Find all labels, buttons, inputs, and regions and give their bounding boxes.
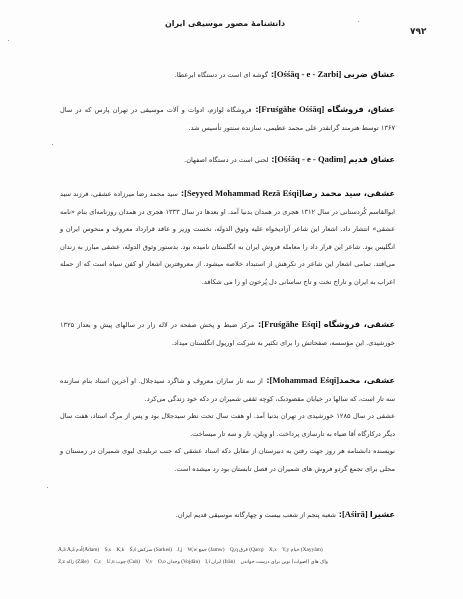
legend-item: Ā,ā Ā,ā آدم(Ādam) [58, 547, 99, 553]
entry-transliteration: [Mohammad Eśqi] [270, 375, 340, 385]
entry-term: عشاق قدیم [348, 154, 395, 164]
entry-paragraph: عشاق ضربی [Ośśāq - e - Zarbi]: گوشه ای ا… [60, 66, 395, 85]
legend-item: C,c [94, 559, 101, 565]
entry-term: عشقی، محمد [339, 375, 395, 385]
document-page: دانشنامهٔ مصور موسیقی ایران ۷۹۲ عشاق ضرب… [0, 0, 463, 599]
entry-term: عشیرا [370, 509, 395, 519]
entry-definition: لحنی است در دستگاه اصفهان. [184, 156, 268, 164]
entry-eshghi-store: عشقی، فروشگاه [Fruśgāhe Eśqi]: مرکز ضبط … [60, 316, 395, 352]
entry-term: عشاق، فروشگاه [327, 104, 395, 114]
entry-paragraph: عشاق، فروشگاه [Fruśgāhe Ośśāq]: فروشگاه … [60, 101, 395, 137]
entry-paragraph: عشیرا [Aśirā]: شعبه پنجم از شعب بیست و چ… [60, 506, 395, 525]
entry-mirzadeh-eshghi: عشقی، سید محمد رضا[Seyyed Mohammad Rezā … [60, 185, 395, 291]
entry-transliteration: [Fruśgāhe Eśqi] [261, 319, 320, 329]
scan-speck [358, 21, 359, 22]
page-number: ۷۹۲ [410, 27, 426, 37]
entry-ossaq-qadim: عشاق قدیم [Ośśāq - e - Qadim]: لحنی است … [60, 151, 395, 170]
legend-item: I,i ایران (Irān) [205, 559, 235, 565]
entry-paragraph: عشاق قدیم [Ośśāq - e - Qadim]: لحنی است … [60, 151, 395, 170]
entry-paragraph: عشقی، فروشگاه [Fruśgāhe Eśqi]: مرکز ضبط … [60, 316, 395, 352]
legend-item: X,x [269, 547, 277, 553]
entry-paragraph: عشقی، سید محمد رضا[Seyyed Mohammad Rezā … [60, 185, 395, 291]
legend-row-2: Z,z زاله (Zāle) C,c U,u چوب (Cub) V,v O,… [58, 557, 393, 569]
entry-transliteration: [Fruśgāhe Ośśāq] [259, 104, 325, 114]
legend-item: V,v [145, 559, 152, 565]
legend-item: K,k [116, 547, 124, 553]
entry-mohammad-eshghi: عشقی، محمد[Mohammad Eśqi]: از سه تار ساز… [60, 372, 395, 478]
scan-speck [8, 40, 9, 41]
legend-item: Ś,ś سرکش (Sarkeś) [130, 547, 172, 553]
legend-item: O,o وجدان (Vojdān) [158, 559, 200, 565]
entry-definition: شعبه پنجم از شعب بیست و چهارگانه موسیقی … [176, 511, 336, 519]
legend-item: Q,q قرق (Qarq) [230, 547, 264, 553]
entry-paragraph: عشقی، محمد[Mohammad Eśqi]: از سه تار ساز… [60, 372, 395, 408]
legend-item: U,u چوب (Cub) [107, 559, 140, 565]
entry-ashira: عشیرا [Aśirā]: شعبه پنجم از شعب بیست و چ… [60, 506, 395, 525]
legend-item: Z,z زاله (Zāle) [58, 559, 89, 565]
entry-ossaq-store: عشاق، فروشگاه [Fruśgāhe Ośśāq]: فروشگاه … [60, 101, 395, 137]
legend-row-1: Ā,ā Ā,ā آدم(Ādam) S,s K,k Ś,ś سرکش (Sark… [58, 545, 393, 557]
entry-transliteration: [Seyyed Mohammad Rezā Eśqi] [184, 188, 302, 198]
entry-transliteration: [Ośśāq - e - Qadim] [275, 154, 347, 164]
transliteration-legend: Ā,ā Ā,ā آدم(Ādam) S,s K,k Ś,ś سرکش (Sark… [58, 545, 393, 568]
entry-definition: گوشه ای است در دستگاه ابرعطا. [175, 71, 268, 79]
legend-item: J,j [177, 547, 182, 553]
entry-term: عشاق ضربی [343, 69, 395, 79]
entry-term: عشقی، سید محمد رضا [302, 188, 395, 198]
running-head-title: دانشنامهٔ مصور موسیقی ایران [150, 19, 300, 28]
entry-transliteration: [Aśirā] [342, 509, 368, 519]
legend-item: W,w جمع (Jamw) [187, 547, 224, 553]
entry-term: عشقی، فروشگاه [324, 319, 395, 329]
entry-paragraph: نویسنده دانشنامه هر روز جهت رفتن به دبیر… [60, 443, 395, 478]
entry-ossaq-zarbi: عشاق ضربی [Ośśāq - e - Zarbi]: گوشه ای ا… [60, 66, 395, 85]
entry-definition: سید محمد رضا میرزاده عشقی، فرزند سید ابو… [60, 190, 395, 286]
entry-paragraph: عشقی در سال ۱۲۸۵ خورشیدی در تهران بدنیا … [60, 408, 395, 443]
legend-item: S,s [105, 547, 111, 553]
scan-speck [52, 144, 53, 145]
entry-transliteration: [Ośśāq - e - Zarbi] [274, 69, 341, 79]
legend-item: Y,y خیام (Xayyām) [282, 547, 323, 553]
legend-note: واک های (اصوات) نوین برای درست خواندن [240, 560, 328, 565]
scan-speck [47, 487, 48, 488]
